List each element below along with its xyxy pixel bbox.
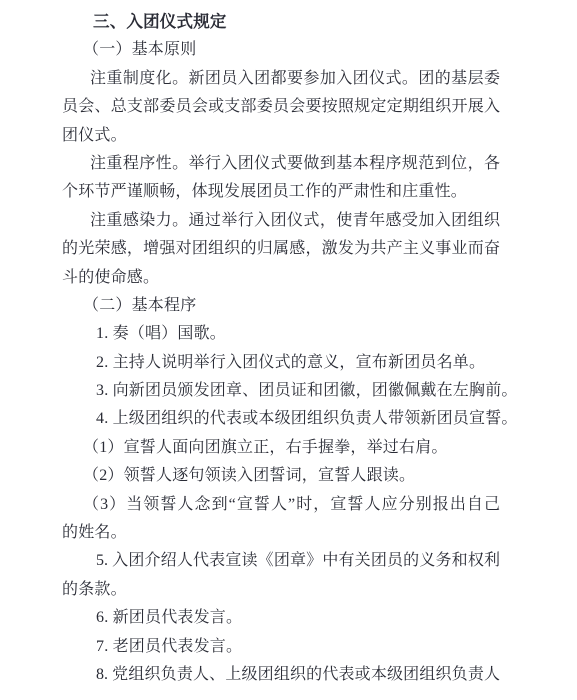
numbered-item-line: 3. 向新团员颁发团章、团员证和团徽，团徽佩戴在左胸前。: [62, 377, 500, 405]
document-text-block: 三、入团仪式规定 （一）基本原则 注重制度化。新团员入团都要参加入团仪式。团的基…: [62, 8, 500, 689]
body-text-line: 的姓名。: [62, 519, 500, 547]
sub-item-line: （3）当领誓人念到“宣誓人”时，宣誓人应分别报出自己: [62, 491, 500, 519]
numbered-item-line: 7. 老团员代表发言。: [62, 633, 500, 661]
numbered-item-line: 2. 主持人说明举行入团仪式的意义，宣布新团员名单。: [62, 349, 500, 377]
body-text-line: 员会、总支部委员会或支部委员会要按照规定定期组织开展入: [62, 93, 500, 121]
numbered-item-line: 5. 入团介绍人代表宣读《团章》中有关团员的义务和权利: [62, 547, 500, 575]
sub-item-line: （2）领誓人逐句领读入团誓词，宣誓人跟读。: [62, 462, 500, 490]
body-text-line: 的条款。: [62, 576, 500, 604]
numbered-item-line: 8. 党组织负责人、上级团组织的代表或本级团组织负责人: [62, 661, 500, 689]
body-text-line: 注重制度化。新团员入团都要参加入团仪式。团的基层委: [62, 65, 500, 93]
body-text-line: 注重感染力。通过举行入团仪式，使青年感受加入团组织: [62, 207, 500, 235]
body-text-line: 注重程序性。举行入团仪式要做到基本程序规范到位，各: [62, 150, 500, 178]
body-text-line: 团仪式。: [62, 122, 500, 150]
document-page: 三、入团仪式规定 （一）基本原则 注重制度化。新团员入团都要参加入团仪式。团的基…: [0, 0, 577, 700]
numbered-item-line: 4. 上级团组织的代表或本级团组织负责人带领新团员宣誓。: [62, 405, 500, 433]
numbered-item-line: 6. 新团员代表发言。: [62, 604, 500, 632]
sub-item-line: （1）宣誓人面向团旗立正，右手握拳，举过右肩。: [62, 434, 500, 462]
body-text-line: 个环节严谨顺畅，体现发展团员工作的严肃性和庄重性。: [62, 178, 500, 206]
subsection-heading-basic-procedure: （二）基本程序: [62, 292, 500, 320]
numbered-item-line: 1. 奏（唱）国歌。: [62, 320, 500, 348]
doc-section-title: 三、入团仪式规定: [62, 8, 500, 36]
subsection-heading-basic-principles: （一）基本原则: [62, 36, 500, 64]
body-text-line: 斗的使命感。: [62, 264, 500, 292]
body-text-line: 的光荣感，增强对团组织的归属感，激发为共产主义事业而奋: [62, 235, 500, 263]
